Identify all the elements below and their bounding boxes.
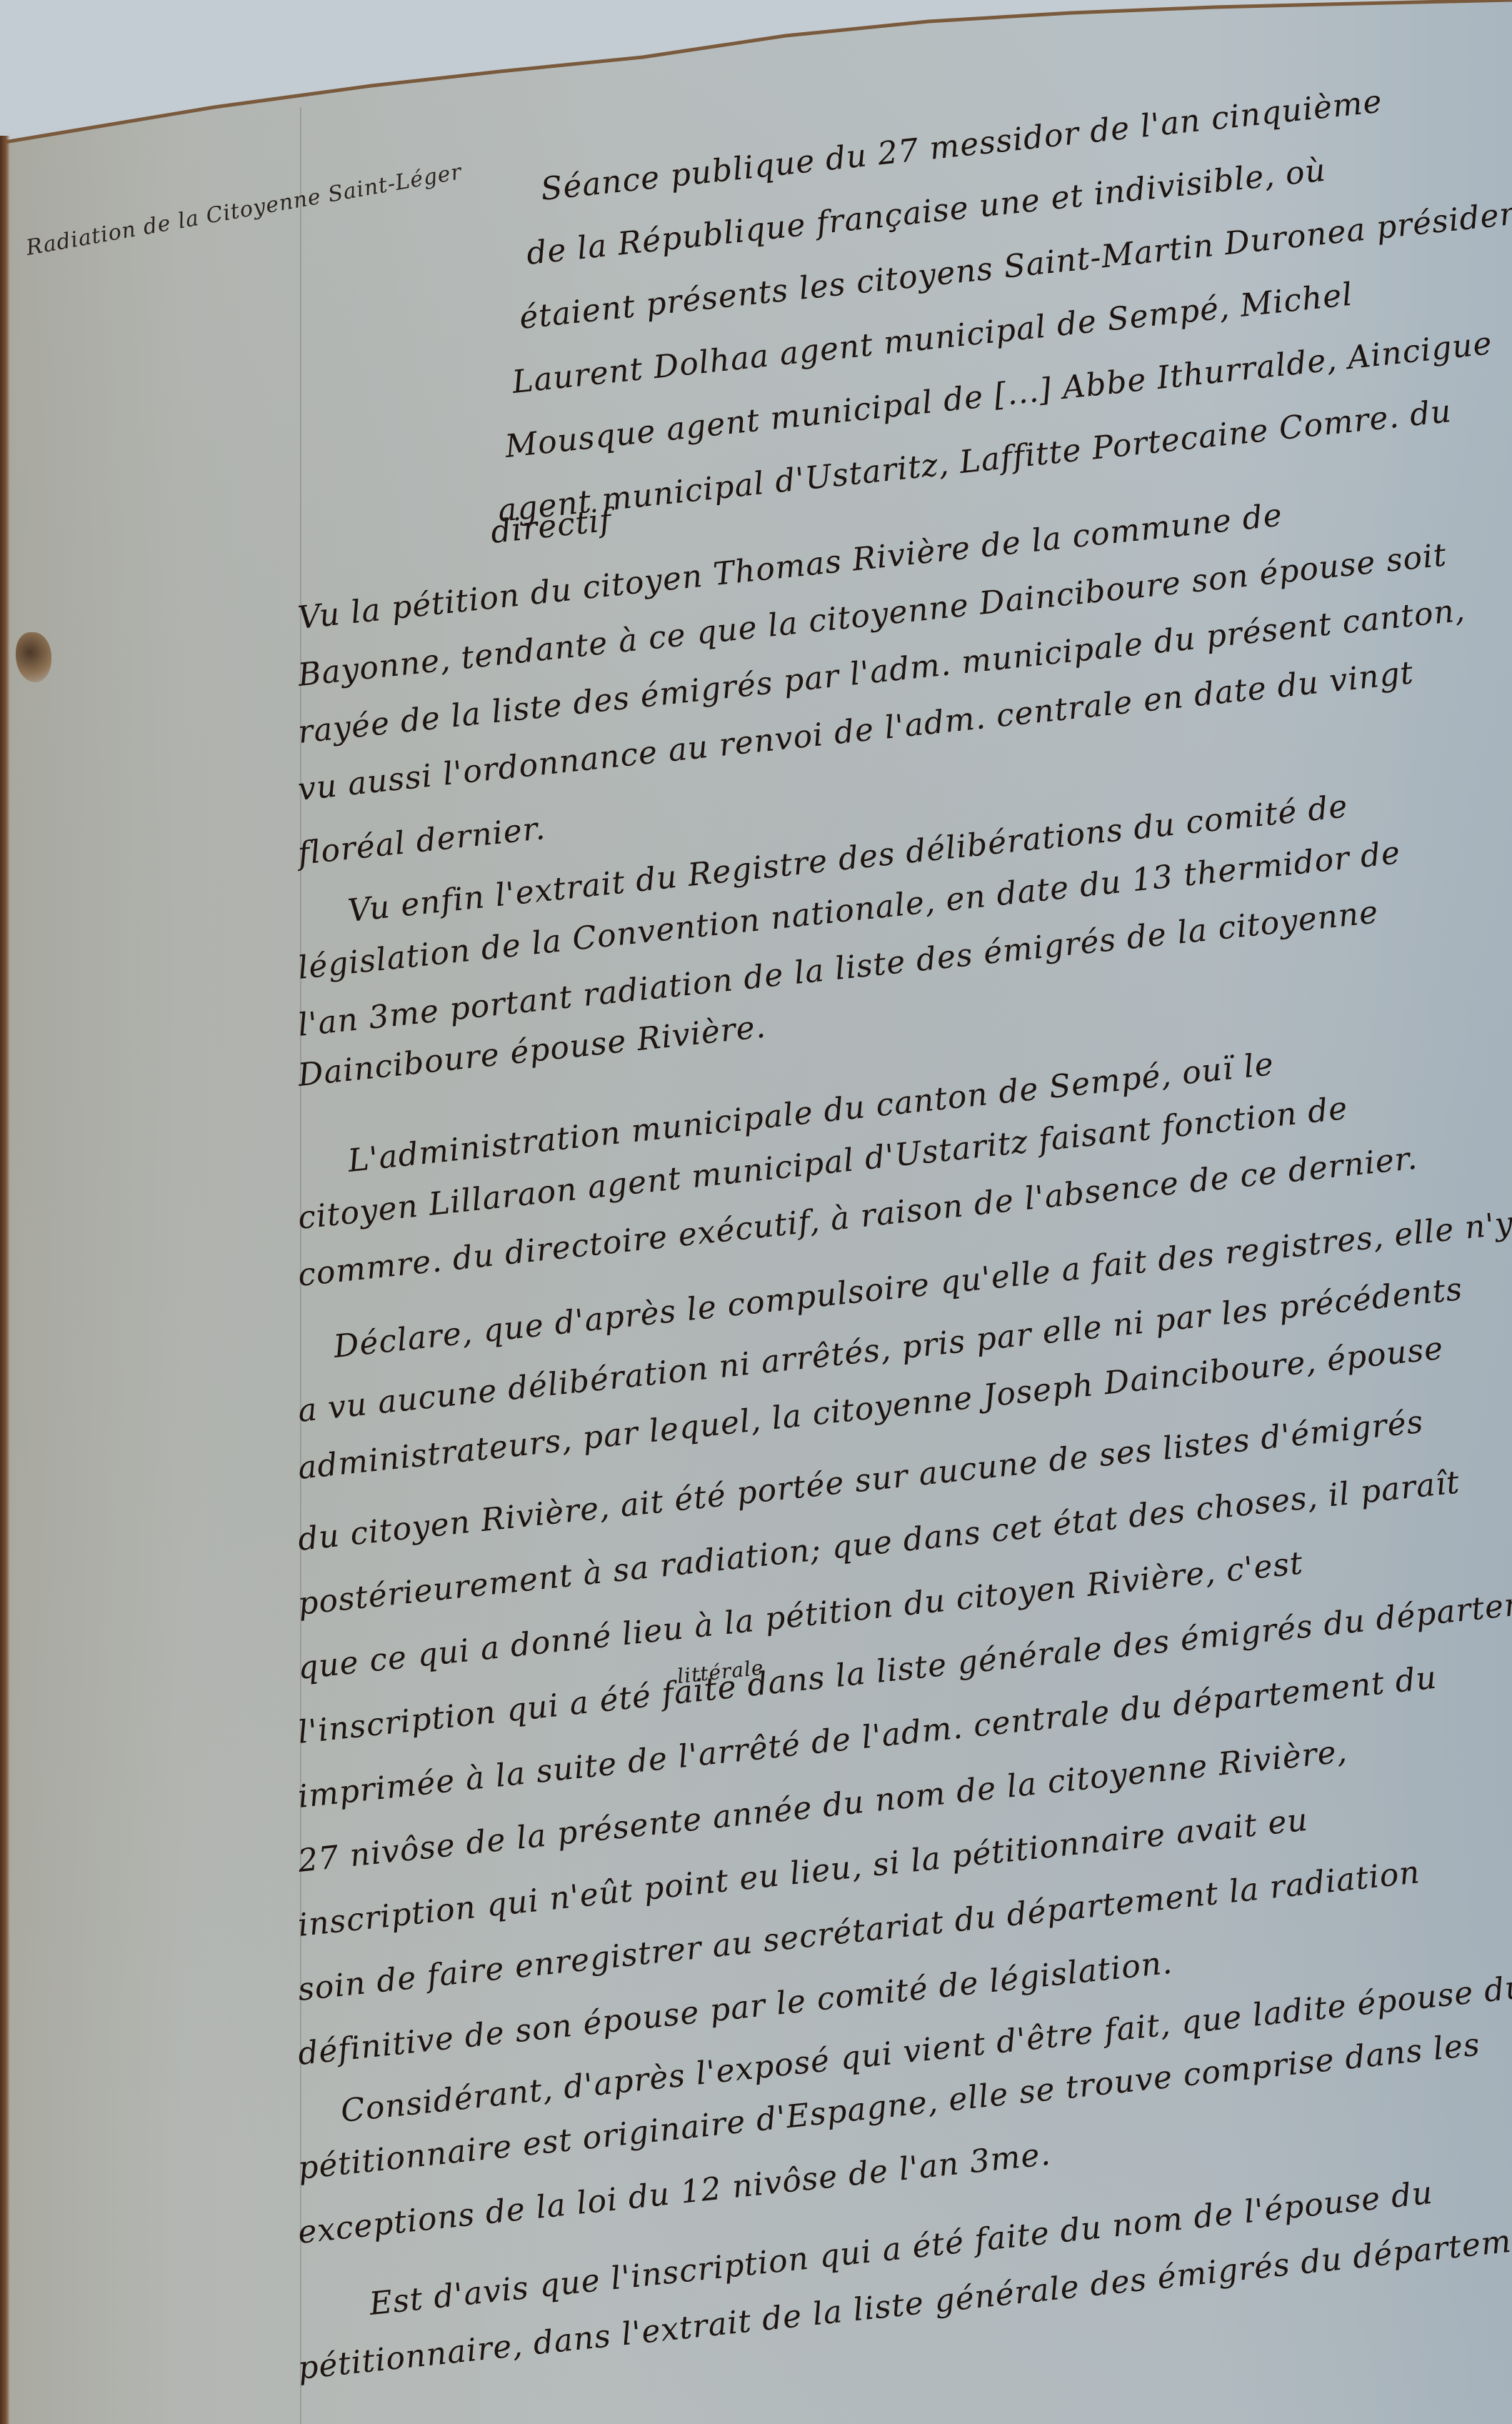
binding-edge [0, 136, 10, 2424]
photo-background: Radiation de la Citoyenne Saint-Léger Sé… [0, 0, 1512, 2424]
